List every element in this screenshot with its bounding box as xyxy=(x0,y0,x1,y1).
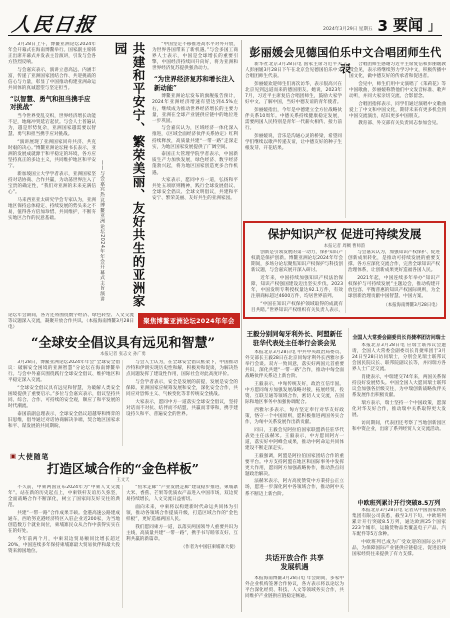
article-asia-col2: “中国坚定不移推进高水平对外开放，为世界各国带来了新机遇。”与会多国工商界人士表… xyxy=(152,42,238,310)
asia-col2-bottom: 博鳌亚洲论坛发布的旗舰报告预计，2024年亚洲经济增速有望达到4.5%左右，继续… xyxy=(152,94,238,202)
header-date: 2024年3月29日 星期五 xyxy=(323,26,372,32)
header-rule xyxy=(8,35,442,36)
asia-headline: 共建和平安宁、繁荣美丽、友好共生的亚洲家园 xyxy=(111,42,147,312)
gsi-col-left-paras: 3月28日，博鳌亚洲论坛2024年年会“全球安全倡议：破解安全困境的亚洲智慧”分… xyxy=(8,360,120,430)
ambassador-byline: 王文天 xyxy=(8,477,238,483)
ambassador-headline: 打造区域合作的“金色样板” xyxy=(8,459,238,477)
brief-right-headline: 中欧班列累计开行突破8.5万列 xyxy=(352,498,446,507)
ipr-col-rule xyxy=(345,250,346,313)
asia-subtitle: ——与会嘉宾热议博鳌亚洲论坛2024年年会开幕式主旨演讲 xyxy=(98,160,105,310)
center-gutter-rule xyxy=(241,40,242,612)
article-asia-headline-block: ——与会嘉宾热议博鳌亚洲论坛2024年年会开幕式主旨演讲 共建和平安宁、繁荣美丽… xyxy=(98,42,152,312)
header-meta: 2024年3月29日 星期五 3 要闻 」 xyxy=(323,14,440,35)
gsi-col-right: 与会人士认为，在全球安全倡议框架下，中国推动沙特和伊朗实现历史性和解，积极劝和促… xyxy=(126,360,238,446)
ipr-headline: 保护知识产权 促进可持续发展 xyxy=(245,226,444,242)
asia-col1-top: 3月28日上午，博鳌亚洲论坛2024年年会开幕式在海南博鳌举行。国家副主席韩正出… xyxy=(8,42,96,92)
npc-body: 本报北京3月28日电 应瑞士联邦议会邀请，全国人大常委会副委员长肖捷率团于3月2… xyxy=(352,343,446,494)
ipr-red-box: 保护知识产权 促进可持续发展 本报记者 周輖 曹师韵 创新是引领发展的第一动力，… xyxy=(243,221,446,319)
masthead-logo: 人民日报 xyxy=(10,10,98,37)
lower-right-gutter-rule xyxy=(348,328,349,612)
gsi-col-left: 3月28日，博鳌亚洲论坛2024年年会“全球安全倡议：破解安全困境的亚洲智慧”分… xyxy=(8,360,120,446)
corner-bracket: 」 xyxy=(428,17,440,34)
ipr-col-right: 与会嘉宾认为，加强知识产权保护、促进创新成果转化，是推动可持续发展的重要支撑。各… xyxy=(348,250,440,313)
ambassador-col-right-paras: “鱼米走廊”“产业发展走廊”建设稳步推进，柬埔寨大米、香蕉、芒果等优质农产品进入… xyxy=(126,485,238,543)
wangyi-paras: 本报北京3月28日电 中共中央政治局委员、外交部长王毅28日在北京同匈牙利外长西… xyxy=(245,350,344,498)
ipr-closing: （本报海南博鳌3月28日电） xyxy=(348,302,440,308)
ambassador-closing: （作者为中国驻柬埔寨大使） xyxy=(126,544,238,550)
ambassador-col-right: “鱼米走廊”“产业发展走廊”建设稳步推进，柬埔寨大米、香蕉、芒果等优质农产品进入… xyxy=(126,485,238,608)
asia-subhead-1: “以智慧、勇气和担当携手应对挑战” xyxy=(10,95,94,111)
gsi-headline: “全球安全倡议具有远见和智慧” xyxy=(8,332,238,351)
ambassador-col-left-paras: 不久前，中柬两国宣布2024年为“中柬人文交流年”。站在新的历史起点上，中柬铁杆… xyxy=(8,485,120,555)
brief-mid-headline-text: 共话开放合作 共享发展机遇 xyxy=(263,554,327,572)
ipr-byline: 本报记者 周輖 曹师韵 xyxy=(245,243,444,249)
npc-headline: 全国人大常委会副委员长肖捷率团访问瑞士 xyxy=(352,334,446,341)
peng-col-rule xyxy=(345,62,346,218)
wangyi-body: 本报北京3月28日电 中共中央政治局委员、外交部长王毅28日在北京同匈牙利外长西… xyxy=(245,350,344,550)
gsi-byline: 本报记者 张志文 孙广勇 xyxy=(8,351,238,357)
section-title: 要闻 xyxy=(393,14,423,35)
npc-paras: 本报北京3月28日电 应瑞士联邦议会邀请，全国人大常委会副委员长肖捷率团于3月2… xyxy=(352,343,446,433)
article-asia-col1: 3月28日上午，博鳌亚洲论坛2024年年会开幕式在海南博鳌举行。国家副主席韩正出… xyxy=(8,42,96,310)
brief-mid-body: 本报海南博鳌3月28日电 年会期间，多家中外企业机构签署合作协议，各方表示将以论… xyxy=(245,576,344,610)
boao-focus-badge: 聚焦博鳌亚洲论坛2024年年会 xyxy=(138,313,240,328)
wangyi-headline: 王毅分别同匈牙利外长、阿盟新任 驻华代表处主任举行会谈会见 xyxy=(245,330,344,347)
asia-col1-bottom: 当今世界变乱交织，世界经济增长动能不足，地缘冲突延宕起伏。与会人士普遍认为，越是… xyxy=(8,114,96,222)
brief-right-body: 本报北京3月28日电 记者从中国国家铁路集团有限公司获悉，截至3月下旬，中欧班列… xyxy=(352,508,446,610)
brief-right-paras: 本报北京3月28日电 记者从中国国家铁路集团有限公司获悉，截至3月下旬，中欧班列… xyxy=(352,508,446,558)
gsi-col-rule xyxy=(122,360,123,446)
peng-col-right: 合唱团师生感谢习近平主席复信和彭丽媛教授会见，表示将继续努力学习中文，积极传播中… xyxy=(349,62,446,218)
brief-mid-headline: 共话开放合作 共享发展机遇 xyxy=(245,554,344,572)
ambassador-col-rule xyxy=(122,485,123,608)
newspaper-page: 人民日报 2024年3月29日 星期五 3 要闻 」 3月28日上午，博鳌亚洲论… xyxy=(0,0,450,618)
article-asia-continuation: 论坛年会期间，各方还将围绕数字经济、绿色转型、人文交流等议题深入交流，凝聚开放合… xyxy=(8,313,134,330)
peng-col-right-paras: 合唱团师生感谢习近平主席复信和彭丽媛教授会见，表示将继续努力学习中文，积极传播中… xyxy=(349,62,446,127)
ambassador-col-left: 不久前，中柬两国宣布2024年为“中柬人文交流年”。站在新的历史起点上，中柬铁杆… xyxy=(8,485,120,608)
gsi-col-right-paras: 与会人士认为，在全球安全倡议框架下，中国推动沙特和伊朗实现历史性和解，积极劝和促… xyxy=(126,360,238,418)
brief-mid-paras: 本报海南博鳌3月28日电 年会期间，多家中外企业机构签署合作协议，各方表示将以论… xyxy=(245,576,344,600)
page-number: 3 xyxy=(378,17,388,35)
peng-col-left-paras: 新华社北京3月28日电 国家主席习近平夫人彭丽媛3月28日下午在北京会见德国伯乐… xyxy=(245,62,342,152)
boao-focus-badge-label: 聚焦博鳌亚洲论坛2024年年会 xyxy=(143,316,234,325)
asia-subhead-2: “为世界经济复苏和增长注入新动能” xyxy=(154,75,236,91)
ipr-col-left: 创新是引领发展的第一动力，保护知识产权就是保护创新。博鳌亚洲论坛2024年年会期… xyxy=(251,250,343,313)
peng-col-left: 新华社北京3月28日电 国家主席习近平夫人彭丽媛3月28日下午在北京会见德国伯乐… xyxy=(245,62,342,218)
asia-col2-top: “中国坚定不移推进高水平对外开放，为世界各国带来了新机遇。”与会多国工商界人士表… xyxy=(152,42,238,72)
ipr-col-right-paras: 与会嘉宾认为，加强知识产权保护、促进创新成果转化，是推动可持续发展的重要支撑。各… xyxy=(348,250,440,300)
ipr-col-left-paras: 创新是引领发展的第一动力，保护知识产权就是保护创新。博鳌亚洲论坛2024年年会期… xyxy=(251,250,343,313)
